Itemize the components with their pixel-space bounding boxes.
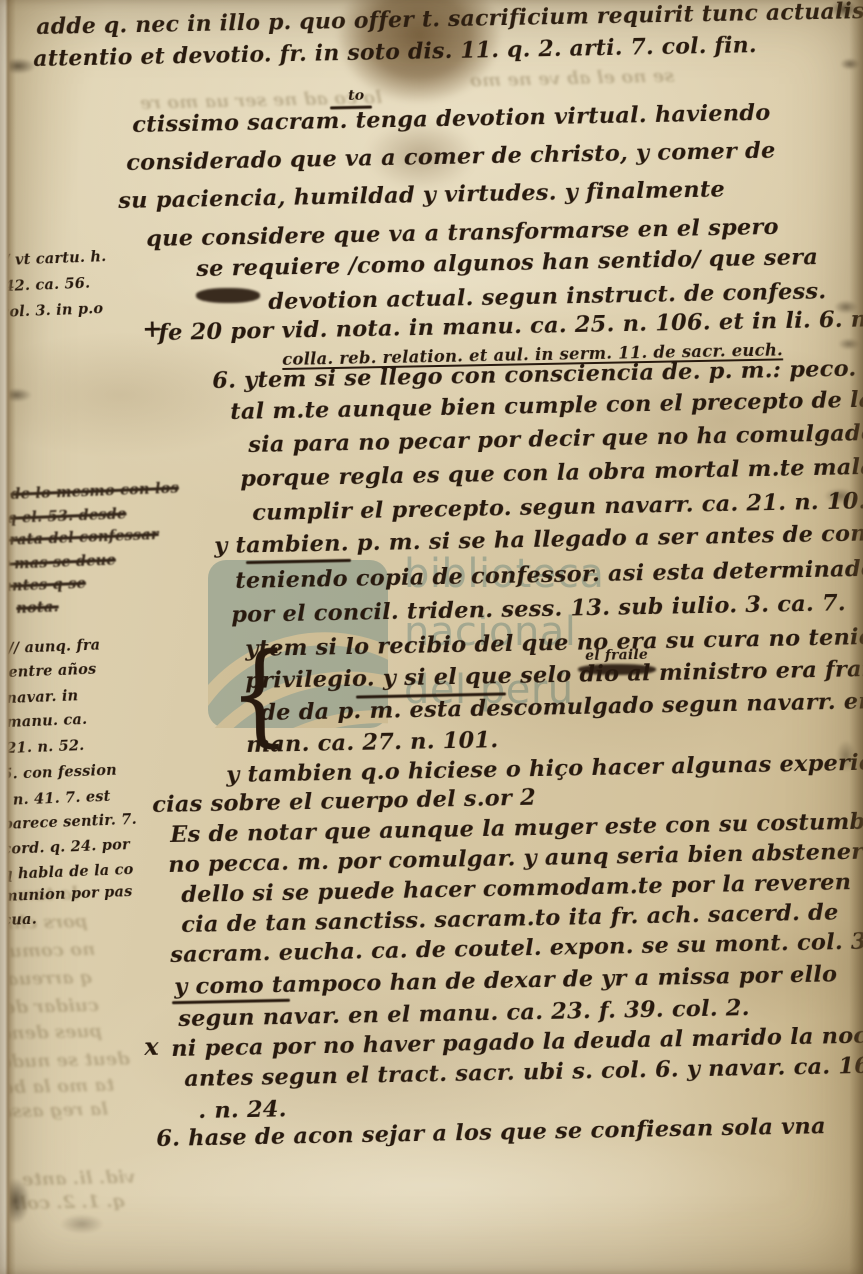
margin-note: de lo mesmo con los: [10, 480, 179, 503]
margin-note: // aunq. fra: [8, 636, 101, 657]
manuscript-page-scan: biblioteca nacional del perú se no el ab…: [0, 0, 863, 1274]
ink-insertion: x: [144, 1032, 159, 1061]
ink-smudge: [0, 388, 32, 402]
bleedthrough-text: se no el ab ve ne mo: [470, 66, 675, 92]
ink-smudge: [838, 338, 860, 350]
manuscript-line: sia para no pecar por decir que no ha co…: [248, 420, 863, 458]
bleedthrough-text: cuidar de: [4, 995, 99, 1018]
bleedthrough-text: ta mo la be: [2, 1075, 115, 1099]
ink-insertion: [196, 288, 260, 303]
manuscript-line: se requiere /como algunos han sentido/ q…: [196, 244, 818, 282]
margin-note: manu. ca.: [6, 711, 88, 731]
ink-smudge: [840, 58, 860, 70]
margin-note: navar. in: [6, 687, 79, 707]
page-left-edge: [0, 0, 16, 1274]
manuscript-line: porque regla es que con la obra mortal m…: [240, 451, 863, 492]
margin-note: q habla de la co: [2, 861, 134, 883]
margin-note: antes q se: [2, 575, 86, 595]
manuscript-line: cumplir el precepto. segun navarr. ca. 2…: [252, 488, 863, 526]
margin-note: nota.: [16, 598, 59, 617]
bleedthrough-text: no comul: [2, 939, 96, 962]
manuscript-line: y como tampoco han de dexar de yr a miss…: [174, 961, 837, 1000]
ink-smudge: [0, 58, 36, 74]
ink-insertion: {: [228, 629, 291, 759]
margin-note: entre años: [8, 661, 97, 681]
manuscript-line: de da p. m. esta descomulgado segun nava…: [260, 688, 863, 726]
margin-note: cord. q. 24. por: [2, 836, 130, 858]
margin-note: 5. con fession: [2, 762, 117, 783]
manuscript-line: . n. 24.: [198, 1096, 287, 1124]
ink-insertion: +: [142, 314, 163, 343]
bleedthrough-text: deut se nude: [0, 1048, 130, 1072]
bleedthrough-text: q. 1. 2. col.: [14, 1191, 126, 1215]
margin-note: trata del confessar: [2, 526, 159, 549]
manuscript-line: cias sobre el cuerpo del s.or 2: [152, 785, 536, 818]
margin-note: 21. n. 52.: [6, 737, 85, 757]
bleedthrough-text: q arreual: [0, 967, 93, 990]
margin-note: parece sentir. 7.: [2, 811, 137, 833]
margin-note: y mas se deue: [0, 552, 116, 573]
manuscript-line: considerado que va a comer de christo, y…: [126, 138, 776, 176]
manuscript-line: ctissimo sacram. tenga devotion virtual.…: [132, 100, 771, 138]
margin-note: col. 3. in p.o: [0, 300, 104, 321]
bleedthrough-text: vid. li. ante: [22, 1167, 136, 1191]
manuscript-line: por el concil. triden. sess. 13. sub iul…: [231, 590, 846, 628]
manuscript-line: ytem si lo recibio del que no era su cur…: [245, 623, 863, 662]
ink-smudge: [60, 1214, 104, 1234]
margin-note: . n. 41. 7. est: [2, 788, 111, 809]
margin-note: / vt cartu. h.: [4, 248, 107, 269]
bleedthrough-text: la reg assa: [0, 1099, 108, 1123]
ink-smudge: [0, 1178, 30, 1224]
ink-insertion: to: [348, 88, 365, 104]
margin-note: 42. ca. 56.: [4, 275, 91, 295]
margin-note: cua.: [2, 911, 37, 929]
ink-insertion: [246, 559, 351, 564]
ink-insertion: el fraile: [585, 647, 648, 664]
margin-note: munion por pas: [2, 883, 133, 905]
manuscript-line: su paciencia, humildad y virtudes. y fin…: [118, 176, 725, 214]
margin-note: q el. 53. desde: [6, 505, 127, 527]
ink-insertion: [578, 664, 656, 675]
latin-header-line: attentio et devotio. fr. in soto dis. 11…: [33, 32, 757, 72]
bleedthrough-text: pues dene: [0, 1021, 102, 1044]
